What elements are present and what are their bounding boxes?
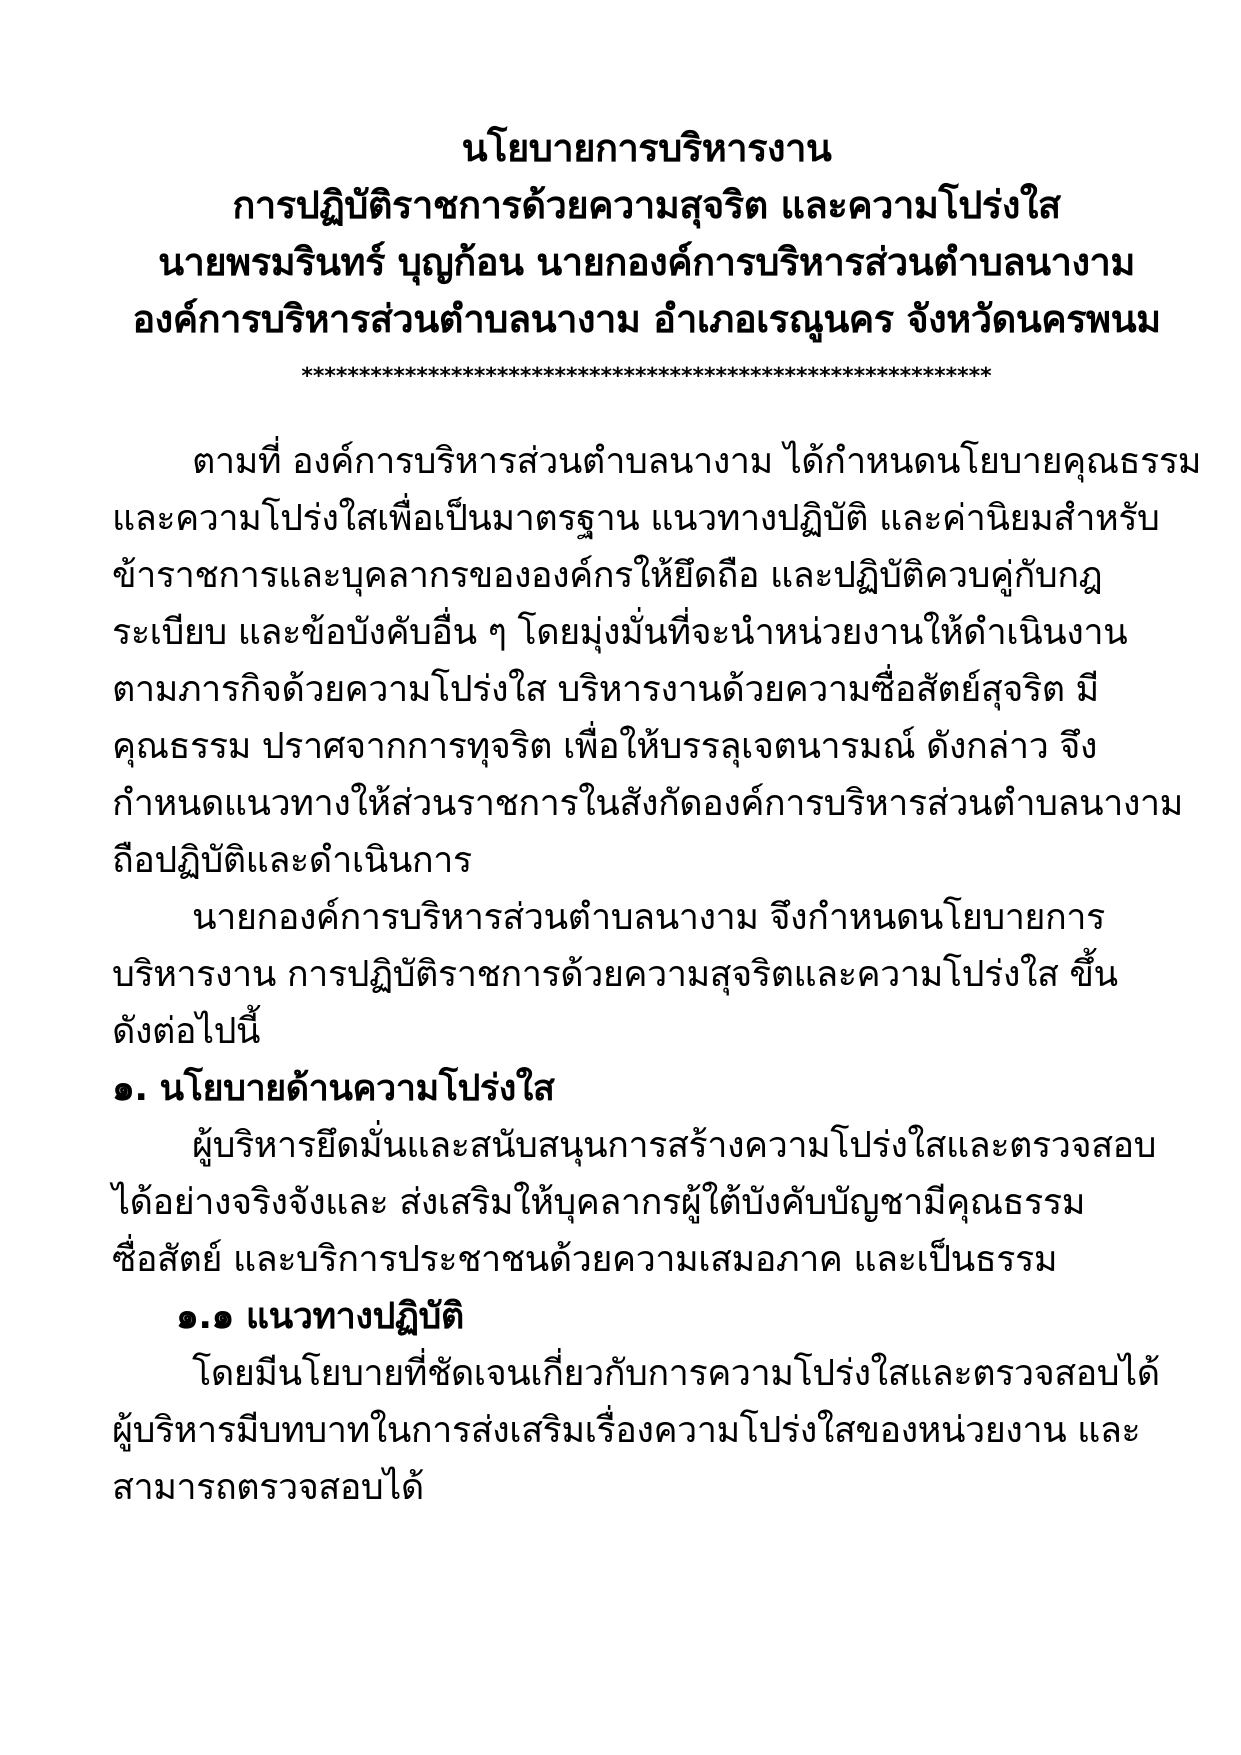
paragraph-3: ผู้บริหารยึดมั่นและสนับสนุนการสร้างความโ…	[112, 1117, 1181, 1288]
paragraph-1-line-5: ตามภารกิจด้วยความโปร่งใส บริหารงานด้วยคว…	[112, 661, 1181, 718]
paragraph-1-line-1: ตามที่ องค์การบริหารส่วนตำบลนางาม ได้กำห…	[112, 433, 1181, 490]
section-1-heading: ๑. นโยบายด้านความโปร่งใส	[112, 1060, 1181, 1117]
paragraph-2: นายกองค์การบริหารส่วนตำบลนางาม จึงกำหนดน…	[112, 889, 1181, 1060]
paragraph-1-line-8: ถือปฏิบัติและดำเนินการ	[112, 832, 1181, 889]
paragraph-1-line-6: คุณธรรม ปราศจากการทุจริต เพื่อให้บรรลุเจ…	[112, 718, 1181, 775]
paragraph-4: โดยมีนโยบายที่ชัดเจนเกี่ยวกับการความโปร่…	[112, 1345, 1181, 1516]
paragraph-1-line-7: กำหนดแนวทางให้ส่วนราชการในสังกัดองค์การบ…	[112, 775, 1181, 832]
paragraph-3-line-2: ได้อย่างจริงจังและ ส่งเสริมให้บุคลากรผู้…	[112, 1174, 1181, 1231]
title-line-3: นายพรมรินทร์ บุญก้อน นายกองค์การบริหารส่…	[112, 234, 1181, 291]
section-1-1-heading: ๑.๑ แนวทางปฏิบัติ	[112, 1288, 1181, 1345]
paragraph-1: ตามที่ องค์การบริหารส่วนตำบลนางาม ได้กำห…	[112, 433, 1181, 889]
paragraph-1-line-3: ข้าราชการและบุคลากรขององค์กรให้ยึดถือ แล…	[112, 547, 1181, 604]
asterisk-separator: ****************************************…	[112, 348, 1181, 405]
title-line-1: นโยบายการบริหารงาน	[112, 120, 1181, 177]
paragraph-3-line-3: ซื่อสัตย์ และบริการประชาชนด้วยความเสมอภา…	[112, 1231, 1181, 1288]
paragraph-2-line-3: ดังต่อไปนี้	[112, 1003, 1181, 1060]
paragraph-1-line-4: ระเบียบ และข้อบังคับอื่น ๆ โดยมุ่งมั่นที…	[112, 604, 1181, 661]
document-body: ตามที่ องค์การบริหารส่วนตำบลนางาม ได้กำห…	[112, 433, 1181, 1516]
paragraph-4-line-3: สามารถตรวจสอบได้	[112, 1459, 1181, 1516]
paragraph-4-line-1: โดยมีนโยบายที่ชัดเจนเกี่ยวกับการความโปร่…	[112, 1345, 1181, 1402]
title-line-2: การปฏิบัติราชการด้วยความสุจริต และความโป…	[112, 177, 1181, 234]
title-line-4: องค์การบริหารส่วนตำบลนางาม อำเภอเรณูนคร …	[112, 291, 1181, 348]
paragraph-3-line-1: ผู้บริหารยึดมั่นและสนับสนุนการสร้างความโ…	[112, 1117, 1181, 1174]
paragraph-1-line-2: และความโปร่งใสเพื่อเป็นมาตรฐาน แนวทางปฏิ…	[112, 490, 1181, 547]
document-page: นโยบายการบริหารงาน การปฏิบัติราชการด้วยค…	[0, 0, 1241, 1755]
title-block: นโยบายการบริหารงาน การปฏิบัติราชการด้วยค…	[112, 120, 1181, 405]
paragraph-2-line-1: นายกองค์การบริหารส่วนตำบลนางาม จึงกำหนดน…	[112, 889, 1181, 946]
paragraph-4-line-2: ผู้บริหารมีบทบาทในการส่งเสริมเรื่องความโ…	[112, 1402, 1181, 1459]
paragraph-2-line-2: บริหารงาน การปฏิบัติราชการด้วยความสุจริต…	[112, 946, 1181, 1003]
